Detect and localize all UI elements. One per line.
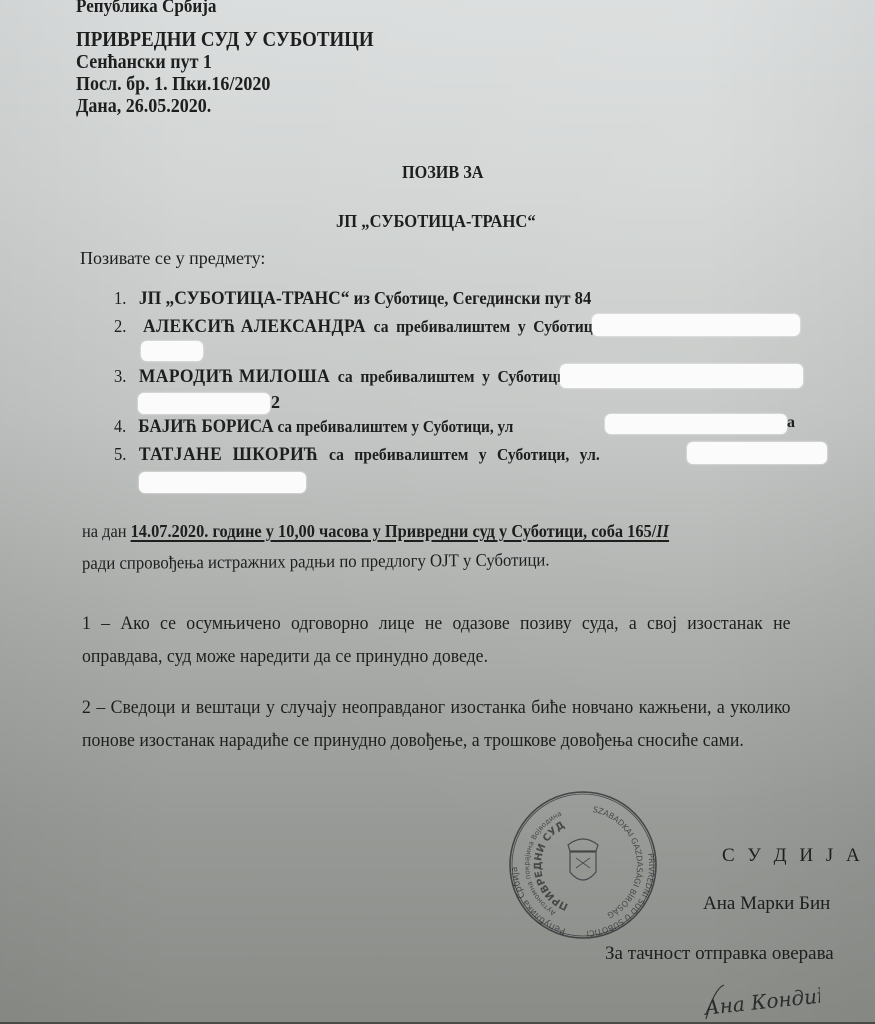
hearing-line: на дан 14.07.2020. године у 10,00 часова… xyxy=(82,521,669,542)
party-3: 3. МАРОДИЋ МИЛОША са пребивалиштем у Суб… xyxy=(114,366,570,388)
hearing-room-suffix: II xyxy=(656,521,669,541)
party-4: 4. БАЈИЋ БОРИСА са пребивалиштем у Субот… xyxy=(114,416,513,438)
party-number: 5. xyxy=(114,444,126,464)
certification-text: За тачност отправка оверава xyxy=(605,943,834,965)
redaction-block xyxy=(139,472,306,493)
document-title: ПОЗИВ ЗА xyxy=(402,162,483,183)
party-number: 2. xyxy=(114,316,126,336)
party-3-address-tail: 2 xyxy=(271,392,280,413)
party-address: са пребивалиштем у Суботици, xyxy=(366,317,606,336)
party-address: са пребивалиштем у Суботици, ул xyxy=(274,417,514,436)
header-court: ПРИВРЕДНИ СУД У СУБОТИЦИ xyxy=(76,28,374,50)
party-name: БАЈИЋ БОРИСА xyxy=(138,416,273,437)
party-2: 2. АЛЕКСИЋ АЛЕКСАНДРА са пребивалиштем у… xyxy=(114,316,606,338)
header-country: Република Србија xyxy=(76,0,216,18)
court-seal-stamp: Република Србија Аутономна покрајина Вој… xyxy=(508,790,658,940)
hearing-date-time-place: 14.07.2020. године у 10,00 часова у Прив… xyxy=(131,521,657,541)
header-date: Дана, 26.05.2020. xyxy=(76,95,211,117)
note-2-text: 2 – Сведоци и вештаци у случају неоправд… xyxy=(82,692,790,758)
party-address: са пребивалиштем у Суботици, xyxy=(330,367,570,386)
handwritten-signature: Ана Кондић xyxy=(700,975,820,1023)
header-address: Сенћански пут 1 xyxy=(76,51,212,73)
note-1-text: 1 – Ако се осумњичено одговорно лице не … xyxy=(82,608,790,674)
party-name: МАРОДИЋ МИЛОША xyxy=(139,366,330,387)
party-5: 5. ТАТЈАНЕ ШКОРИЋ са пребивалиштем у Суб… xyxy=(114,444,600,466)
hearing-prefix: на дан xyxy=(82,521,131,541)
intro-text: Позивате се у предмету: xyxy=(80,248,265,269)
party-1: 1. ЈП „СУБОТИЦА-ТРАНС“ из Суботице, Сеге… xyxy=(114,288,591,310)
party-name: АЛЕКСИЋ АЛЕКСАНДРА xyxy=(143,316,366,337)
header-case-number: Посл. бр. 1. Пки.16/2020 xyxy=(76,73,270,95)
party-4-address-tail: а xyxy=(787,414,795,432)
purpose-text: ради спровођења истражних радњи по предл… xyxy=(82,549,550,574)
redaction-block xyxy=(605,414,787,434)
paper-shading xyxy=(0,0,875,1024)
note-1: 1 – Ако се осумњичено одговорно лице не … xyxy=(82,608,790,674)
redaction-block xyxy=(141,341,203,361)
redaction-block xyxy=(592,314,800,336)
party-number: 1. xyxy=(114,288,126,308)
party-address: са пребивалиштем у Суботици, ул. xyxy=(319,445,600,464)
svg-text:PRIVREDNI SUD U SUBOTICI: PRIVREDNI SUD U SUBOTICI xyxy=(574,852,658,938)
redaction-block xyxy=(687,442,827,464)
redaction-block xyxy=(138,393,270,414)
redaction-block xyxy=(560,364,803,388)
party-name: ЈП „СУБОТИЦА-ТРАНС“ xyxy=(139,288,350,309)
party-number: 4. xyxy=(114,416,126,436)
judge-name: Ана Марки Бин xyxy=(703,893,830,915)
party-name: ТАТЈАНЕ ШКОРИЋ xyxy=(139,444,319,465)
hearing-details: 14.07.2020. године у 10,00 часова у Прив… xyxy=(131,521,669,541)
note-2: 2 – Сведоци и вештаци у случају неоправд… xyxy=(82,692,790,758)
party-number: 3. xyxy=(114,366,126,386)
judge-title: С У Д И Ј А xyxy=(722,845,864,867)
party-address: из Суботице, Сегедински пут 84 xyxy=(350,288,592,308)
document-addressee: ЈП „СУБОТИЦА-ТРАНС“ xyxy=(336,211,536,232)
